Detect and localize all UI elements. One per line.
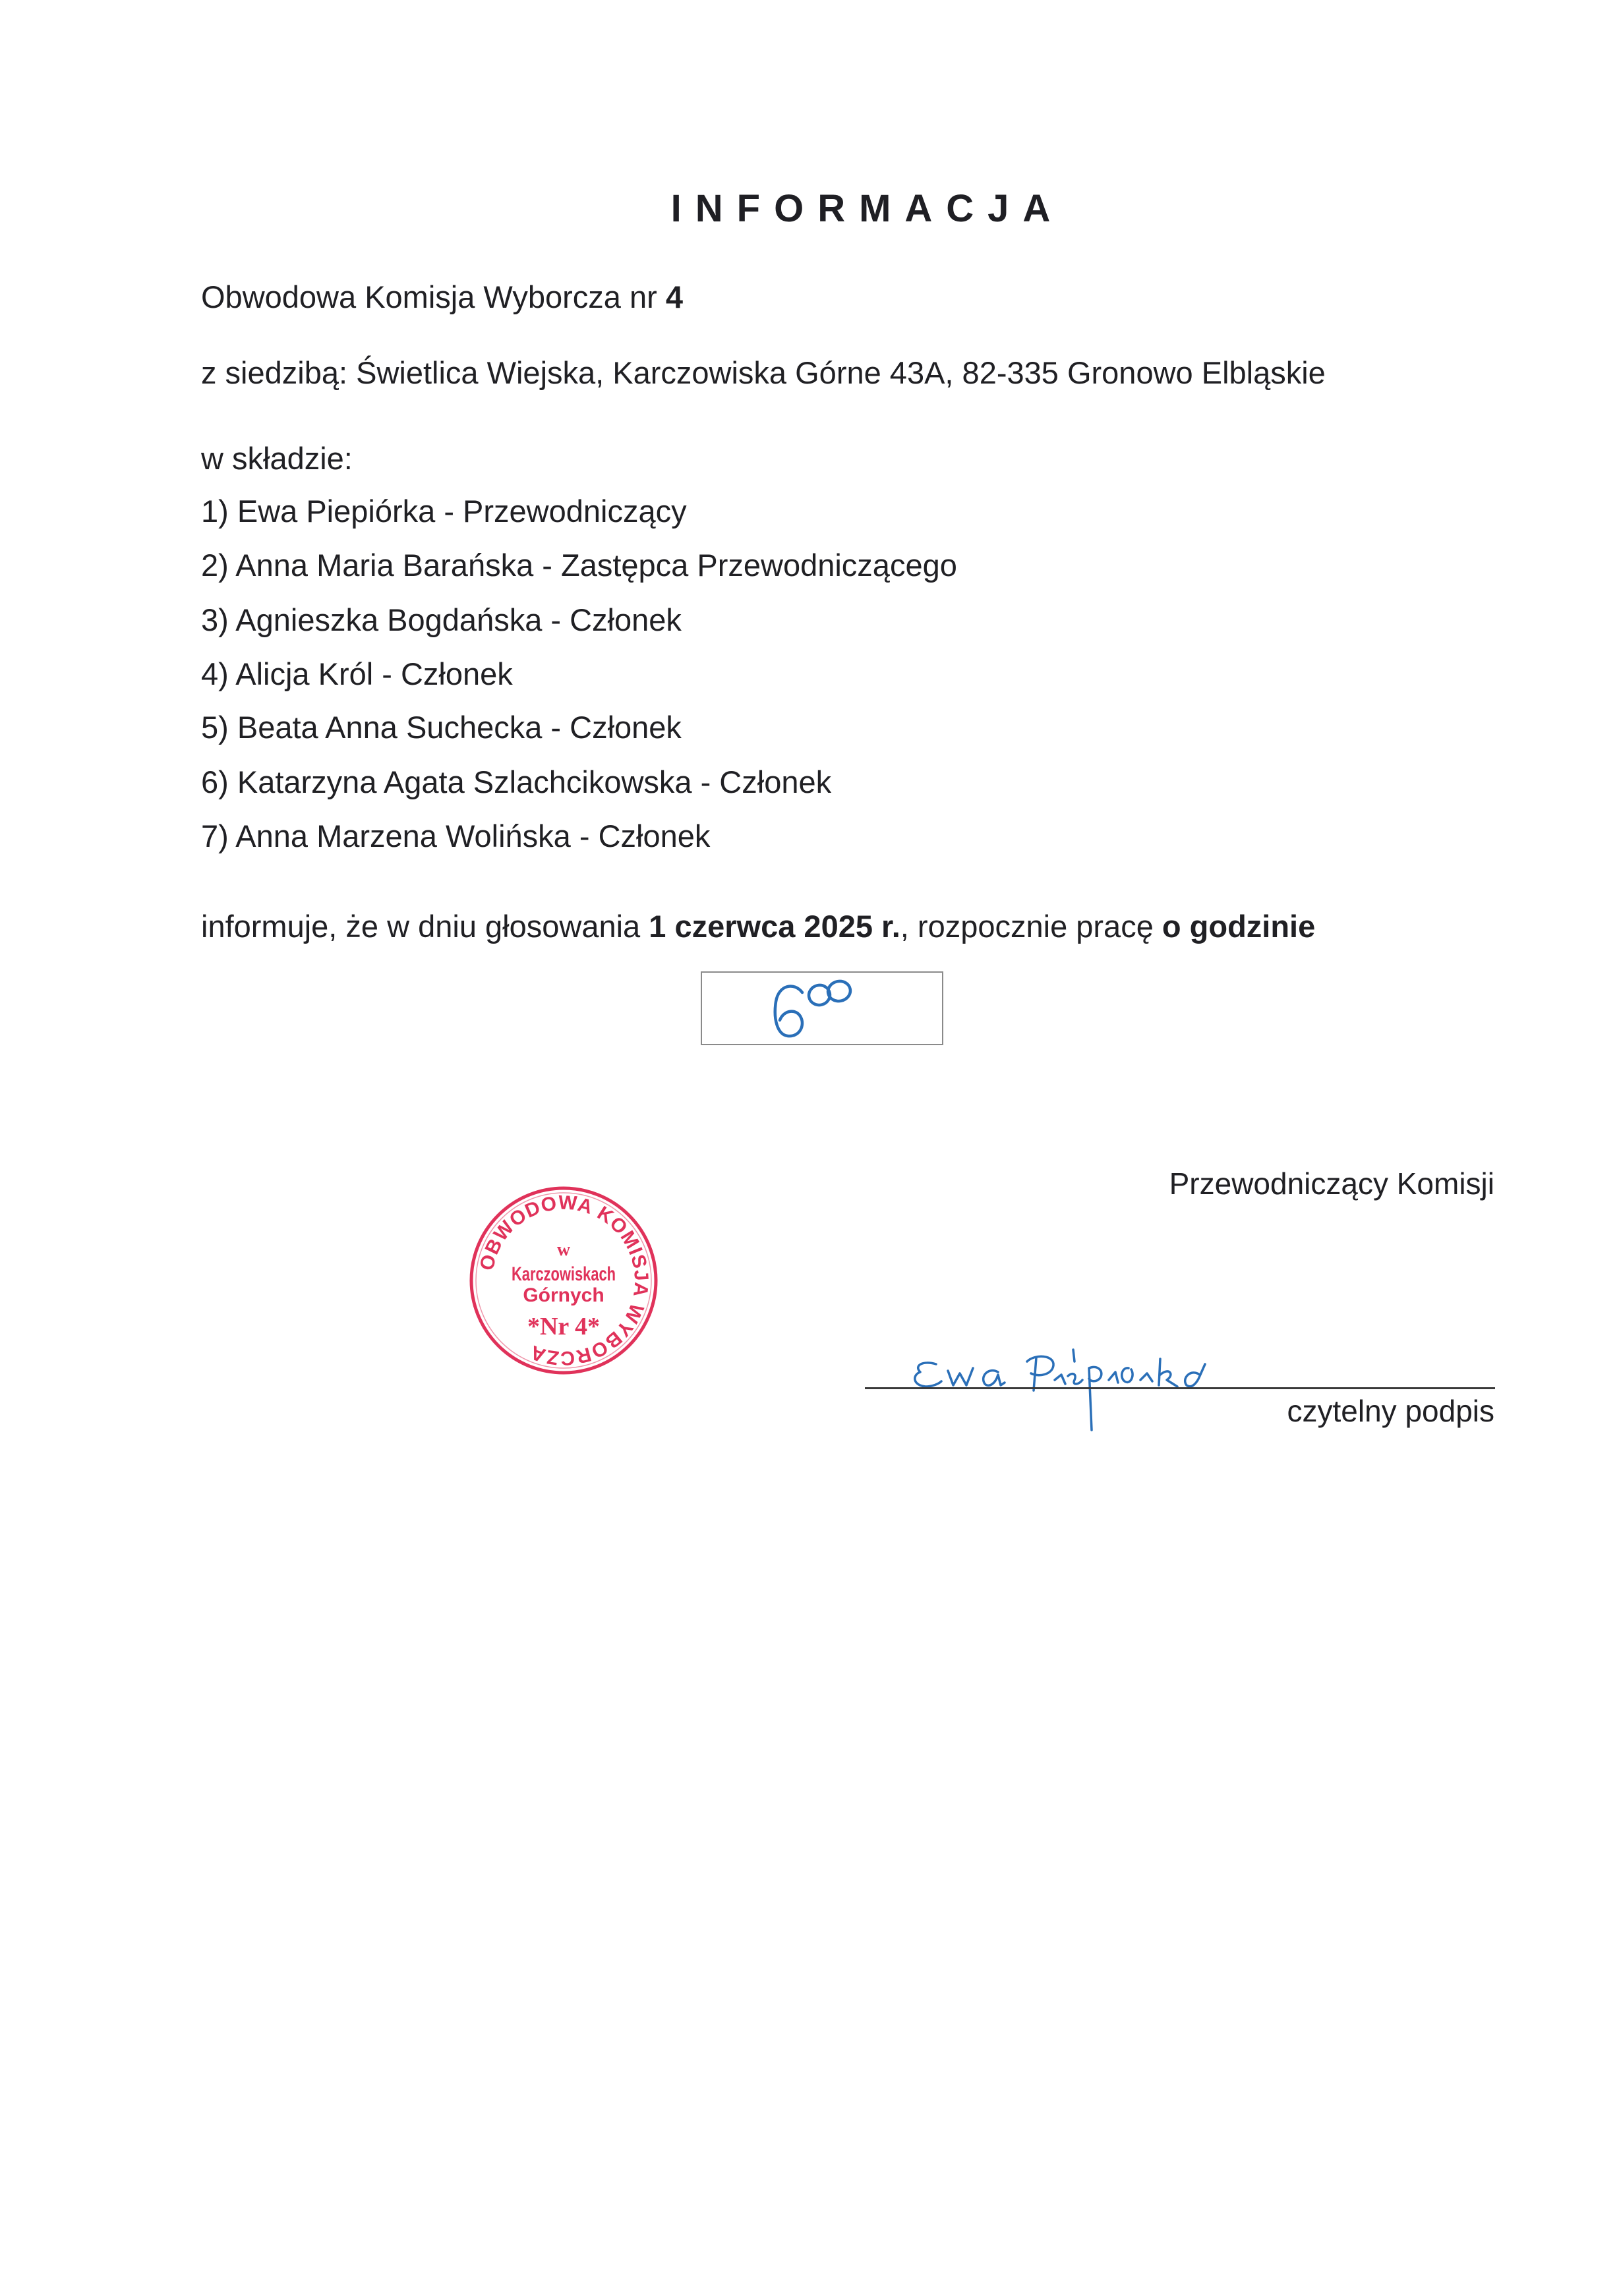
start-time-box: 6 00 <box>701 971 943 1045</box>
statement: informuje, że w dniu głosowania 1 czerwc… <box>201 911 1315 942</box>
statement-part2: , rozpocznie pracę <box>900 909 1162 944</box>
chair-label: Przewodniczący Komisji <box>1169 1168 1494 1199</box>
svg-text:*Nr 4*: *Nr 4* <box>527 1313 600 1340</box>
statement-part1: informuje, że w dniu głosowania <box>201 909 649 944</box>
commission-name: Obwodowa Komisja Wyborcza nr 4 <box>201 281 683 312</box>
member-item: 5) Beata Anna Suchecka - Członek <box>201 712 682 743</box>
composition-label: w składzie: <box>201 443 353 474</box>
commission-seat: z siedzibą: Świetlica Wiejska, Karczowis… <box>201 357 1326 388</box>
document-title: INFORMACJA <box>0 190 1619 228</box>
official-stamp: OBWODOWA KOMISJA WYBORCZA OBWODOWA KOMIS… <box>465 1182 662 1379</box>
signature-caption: czytelny podpis <box>1287 1396 1495 1426</box>
handwritten-time <box>702 973 945 1047</box>
commission-number: 4 <box>666 279 683 314</box>
member-item: 2) Anna Maria Barańska - Zastępca Przewo… <box>201 550 957 581</box>
commission-prefix: Obwodowa Komisja Wyborcza nr <box>201 279 666 314</box>
member-item: 4) Alicja Król - Członek <box>201 658 513 689</box>
voting-date: 1 czerwca 2025 r. <box>649 909 900 944</box>
signature-line <box>865 1387 1495 1389</box>
time-label: o godzinie <box>1162 909 1315 944</box>
member-item: 3) Agnieszka Bogdańska - Członek <box>201 604 682 635</box>
stamp-graphic: OBWODOWA KOMISJA WYBORCZA w Karczowiskac… <box>465 1182 662 1379</box>
member-item: 7) Anna Marzena Wolińska - Członek <box>201 820 710 851</box>
member-item: 1) Ewa Piepiórka - Przewodniczący <box>201 496 687 527</box>
svg-text:w: w <box>557 1240 571 1260</box>
member-item: 6) Katarzyna Agata Szlachcikowska - Czło… <box>201 766 831 797</box>
svg-text:Karczowiskach: Karczowiskach <box>512 1263 616 1285</box>
svg-text:Górnych: Górnych <box>523 1284 604 1306</box>
document-page: INFORMACJA Obwodowa Komisja Wyborcza nr … <box>0 0 1619 2296</box>
